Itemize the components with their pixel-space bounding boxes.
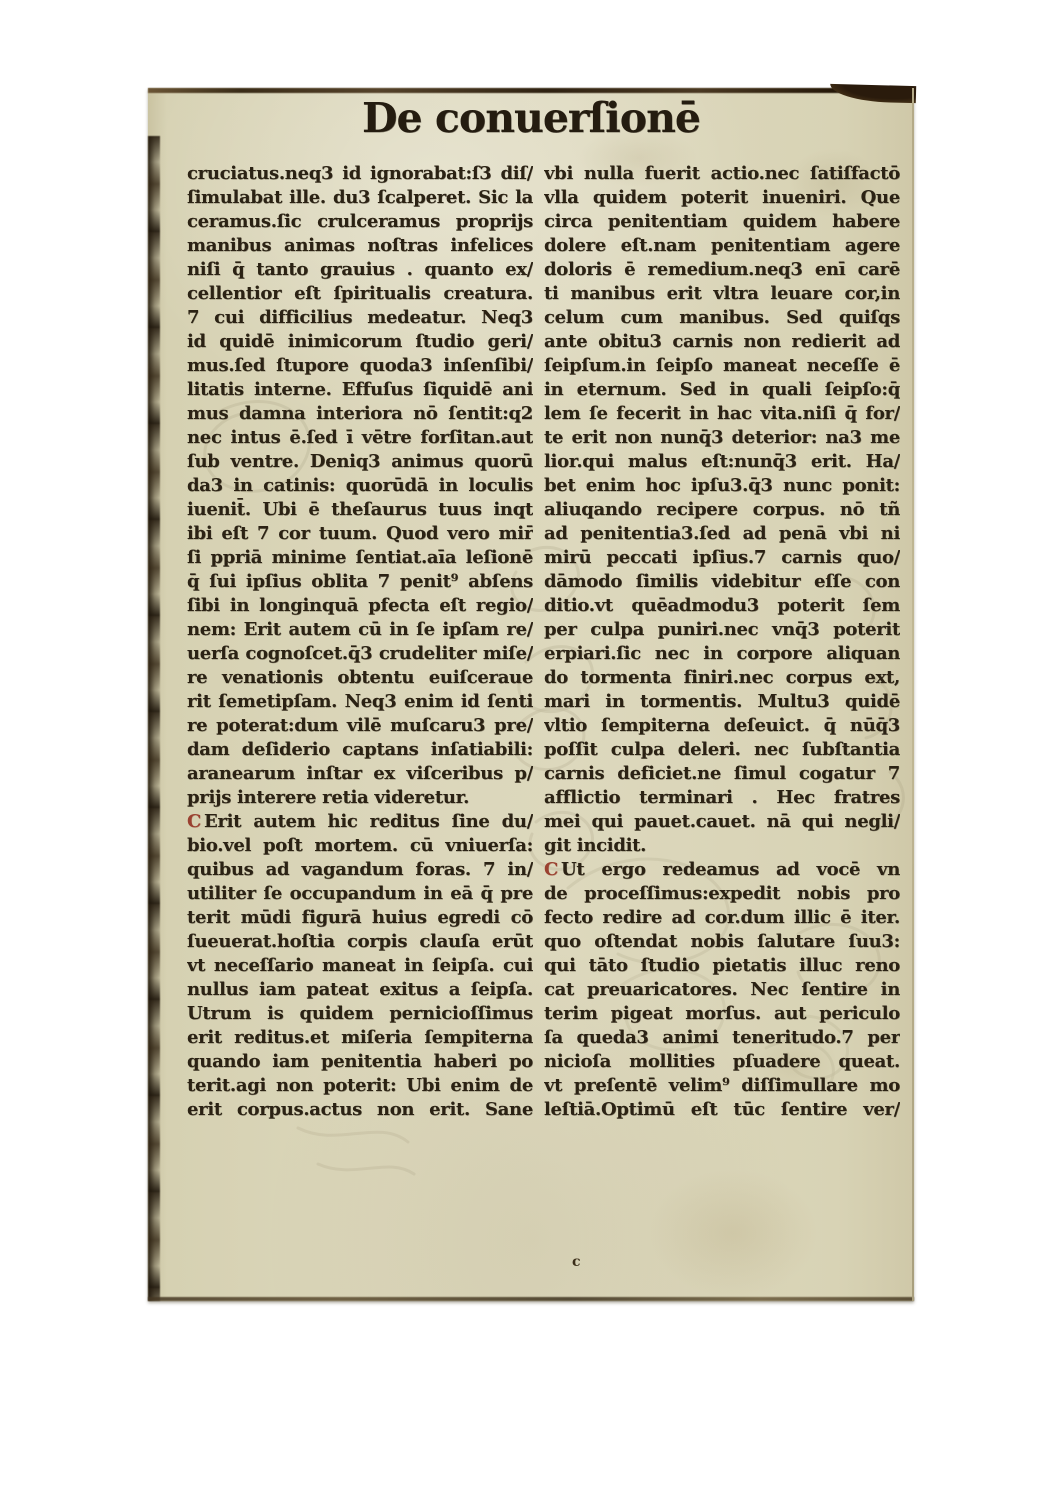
text-line: ſi ppriā minime ſentiat.aīa leſionē: [187, 546, 533, 570]
text-line: fecto redire ad cor.dum illic ē iter.: [544, 906, 900, 930]
text-block: cruciatus.neq3 id ignorabat:ſ3 diſ/ſimul…: [187, 162, 900, 1122]
text-line: qui tāto ſtudio pietatis illuc reno: [544, 954, 900, 978]
text-line: cruciatus.neq3 id ignorabat:ſ3 diſ/: [187, 162, 533, 186]
text-line: terit mūdi figurā huius egredi cō: [187, 906, 533, 930]
text-line: niſi q̄ tanto grauius . quanto ex/: [187, 258, 533, 282]
text-line: prijs interere retia videretur.: [187, 786, 533, 810]
paper-stain: [648, 1168, 818, 1298]
text-line: bio.vel poſt mortem. cū vniuerſa:: [187, 834, 533, 858]
text-line: lior.qui malus eſt:nunq̄3 erit. Ha/: [544, 450, 900, 474]
text-line: te erit non nunq̄3 deterior: na3 me: [544, 426, 900, 450]
text-line: Utrum is quidem pernicioſſimus: [187, 1002, 533, 1026]
text-line: nec intus ē.ſed ī vētre forſitan.aut: [187, 426, 533, 450]
text-line: mus damna interiora nō ſentit:q2: [187, 402, 533, 426]
text-line: aliuqando recipere corpus. nō tñ: [544, 498, 900, 522]
text-line: ceramus.ſic crulceramus proprijs: [187, 210, 533, 234]
text-line: cat preuaricatores. Nec ſentire in: [544, 978, 900, 1002]
text-line: poſſit culpa deleri. nec ſubſtantia: [544, 738, 900, 762]
text-line: aranearum inſtar ex viſceribus p/: [187, 762, 533, 786]
text-line: per culpa puniri.nec vnq̄3 poterit: [544, 618, 900, 642]
text-line: vt preſentē velim⁹ diſſimullare mo: [544, 1074, 900, 1098]
text-line: git incidit.: [544, 834, 900, 858]
text-line: dolere eſt.nam penitentiam agere: [544, 234, 900, 258]
text-line: ti manibus erit vltra leuare cor,in: [544, 282, 900, 306]
text-line: mus.ſed ſtupore quoda3 inſenſibi/: [187, 354, 533, 378]
text-line: dam deſiderio captans inſatiabili:: [187, 738, 533, 762]
text-line: ibi eſt 7 cor tuum. Quod vero mir̄: [187, 522, 533, 546]
text-line: circa penitentiam quidem habere: [544, 210, 900, 234]
text-line: do tormenta finiri.nec corpus ext,: [544, 666, 900, 690]
text-line: manibus animas noſtras infelices: [187, 234, 533, 258]
text-line: nem: Erit autem cū in ſe ipſam re/: [187, 618, 533, 642]
text-line: id quidē inimicorum ſtudio geri/: [187, 330, 533, 354]
footer-mark: c: [572, 1254, 581, 1270]
text-line: quo oſtendat nobis ſalutare ſuu3:: [544, 930, 900, 954]
text-line: dāmodo ſimilis videbitur eſſe con: [544, 570, 900, 594]
text-line: quibus ad vagandum foras. 7 in/: [187, 858, 533, 882]
text-line: afflictio terminari . Hec fratres: [544, 786, 900, 810]
text-line: nullus iam pateat exitus a ſeipſa.: [187, 978, 533, 1002]
text-line: q̄ ſui ipſius oblita 7 penit⁹ abſens: [187, 570, 533, 594]
text-line: rit ſemetipſam. Neq3 enim id ſenti: [187, 690, 533, 714]
text-line: ſa queda3 animi teneritudo.7 per: [544, 1026, 900, 1050]
text-line: erit reditus.et miſeria ſempiterna: [187, 1026, 533, 1050]
text-line: re poterat:dum vilē muſcaru3 pre/: [187, 714, 533, 738]
text-line: CErit autem hic reditus ſine du/: [187, 810, 533, 834]
page-edge-right: [912, 88, 914, 1301]
rubric-paragraph-mark: C: [187, 811, 201, 832]
text-line: ſimulabat ille. du3 ſcalperet. Sic la: [187, 186, 533, 210]
text-line: leſtiā.Optimū eſt tūc ſentire ver/: [544, 1098, 900, 1122]
rubric-paragraph-mark: C: [544, 859, 558, 880]
text-line: erpiari.ſic nec in corpore aliquan: [544, 642, 900, 666]
text-line: ante obitu3 carnis non redierit ad: [544, 330, 900, 354]
text-line: ditio.vt quēadmodu3 poterit ſem: [544, 594, 900, 618]
text-line: de proceſſimus:expedit nobis pro: [544, 882, 900, 906]
text-line: mirū peccati ipſius.7 carnis quo/: [544, 546, 900, 570]
text-line: bet enim hoc ipſu3.q̄3 nunc ponit:: [544, 474, 900, 498]
text-line: ſueuerat.hoſtia corpis clauſa erūt: [187, 930, 533, 954]
text-line: terim pigeat morſus. aut periculo: [544, 1002, 900, 1026]
text-line: vbi nulla fuerit actio.nec ſatiſfactō: [544, 162, 900, 186]
page-edge-bottom: [148, 1297, 914, 1301]
text-line: mari in tormentis. Multu3 quidē: [544, 690, 900, 714]
text-line: quando iam penitentia haberi po: [187, 1050, 533, 1074]
text-line: ſeipſum.in ſeipſo maneat neceſſe ē: [544, 354, 900, 378]
text-line: vlla quidem poterit inueniri. Que: [544, 186, 900, 210]
page-binding-edge-left: [148, 136, 160, 1301]
page-edge-top: [148, 88, 914, 93]
text-line: doloris ē remedium.neq3 enī carē: [544, 258, 900, 282]
text-line: cellentior eſt ſpiritualis creatura.: [187, 282, 533, 306]
text-line: 7 cui difficilius medeatur. Neq3: [187, 306, 533, 330]
text-line: uerſa cognoſcet.q̄3 crudeliter miſe/: [187, 642, 533, 666]
text-line: erit corpus.actus non erit. Sane: [187, 1098, 533, 1122]
text-line: ſibi in longinquā pfecta eſt regio/: [187, 594, 533, 618]
text-line: litatis interne. Effuſus ſiquidē ani: [187, 378, 533, 402]
text-column-right: vbi nulla fuerit actio.nec ſatiſfactōvll…: [544, 162, 900, 1122]
text-line: da3 in catinis: quorūdā in loculis: [187, 474, 533, 498]
text-line: celum cum manibus. Sed quiſqs: [544, 306, 900, 330]
text-line: ad penitentia3.ſed ad penā vbi ni: [544, 522, 900, 546]
text-line: utiliter ſe occupandum in eā q̄ pre: [187, 882, 533, 906]
text-column-left: cruciatus.neq3 id ignorabat:ſ3 diſ/ſimul…: [187, 162, 533, 1122]
text-line: vltio ſempiterna deſeuict. q̄ nūq̄3: [544, 714, 900, 738]
text-line: vt neceſſario maneat in ſeipſa. cui: [187, 954, 533, 978]
text-line: ſub ventre. Deniq3 animus quorū: [187, 450, 533, 474]
scanned-book-page: De conuerſionē cruciatus.neq3 id ignorab…: [148, 88, 914, 1301]
text-line: lem ſe fecerit in hac vita.niſi q̄ for/: [544, 402, 900, 426]
text-line: in eternum. Sed in quali ſeipſo:q̄: [544, 378, 900, 402]
running-title: De conuerſionē: [148, 94, 914, 142]
text-line: mei qui pauet.cauet. nā qui negli/: [544, 810, 900, 834]
text-line: terit.agi non poterit: Ubi enim de: [187, 1074, 533, 1098]
text-line: iuenit̄. Ubi ē theſaurus tuus inqt: [187, 498, 533, 522]
text-line: nicioſa mollities pſuadere queat.: [544, 1050, 900, 1074]
text-line: CUt ergo redeamus ad vocē vn: [544, 858, 900, 882]
text-line: carnis deficiet.ne ſimul cogatur 7: [544, 762, 900, 786]
text-line: re venationis obtentu euiſceraue: [187, 666, 533, 690]
